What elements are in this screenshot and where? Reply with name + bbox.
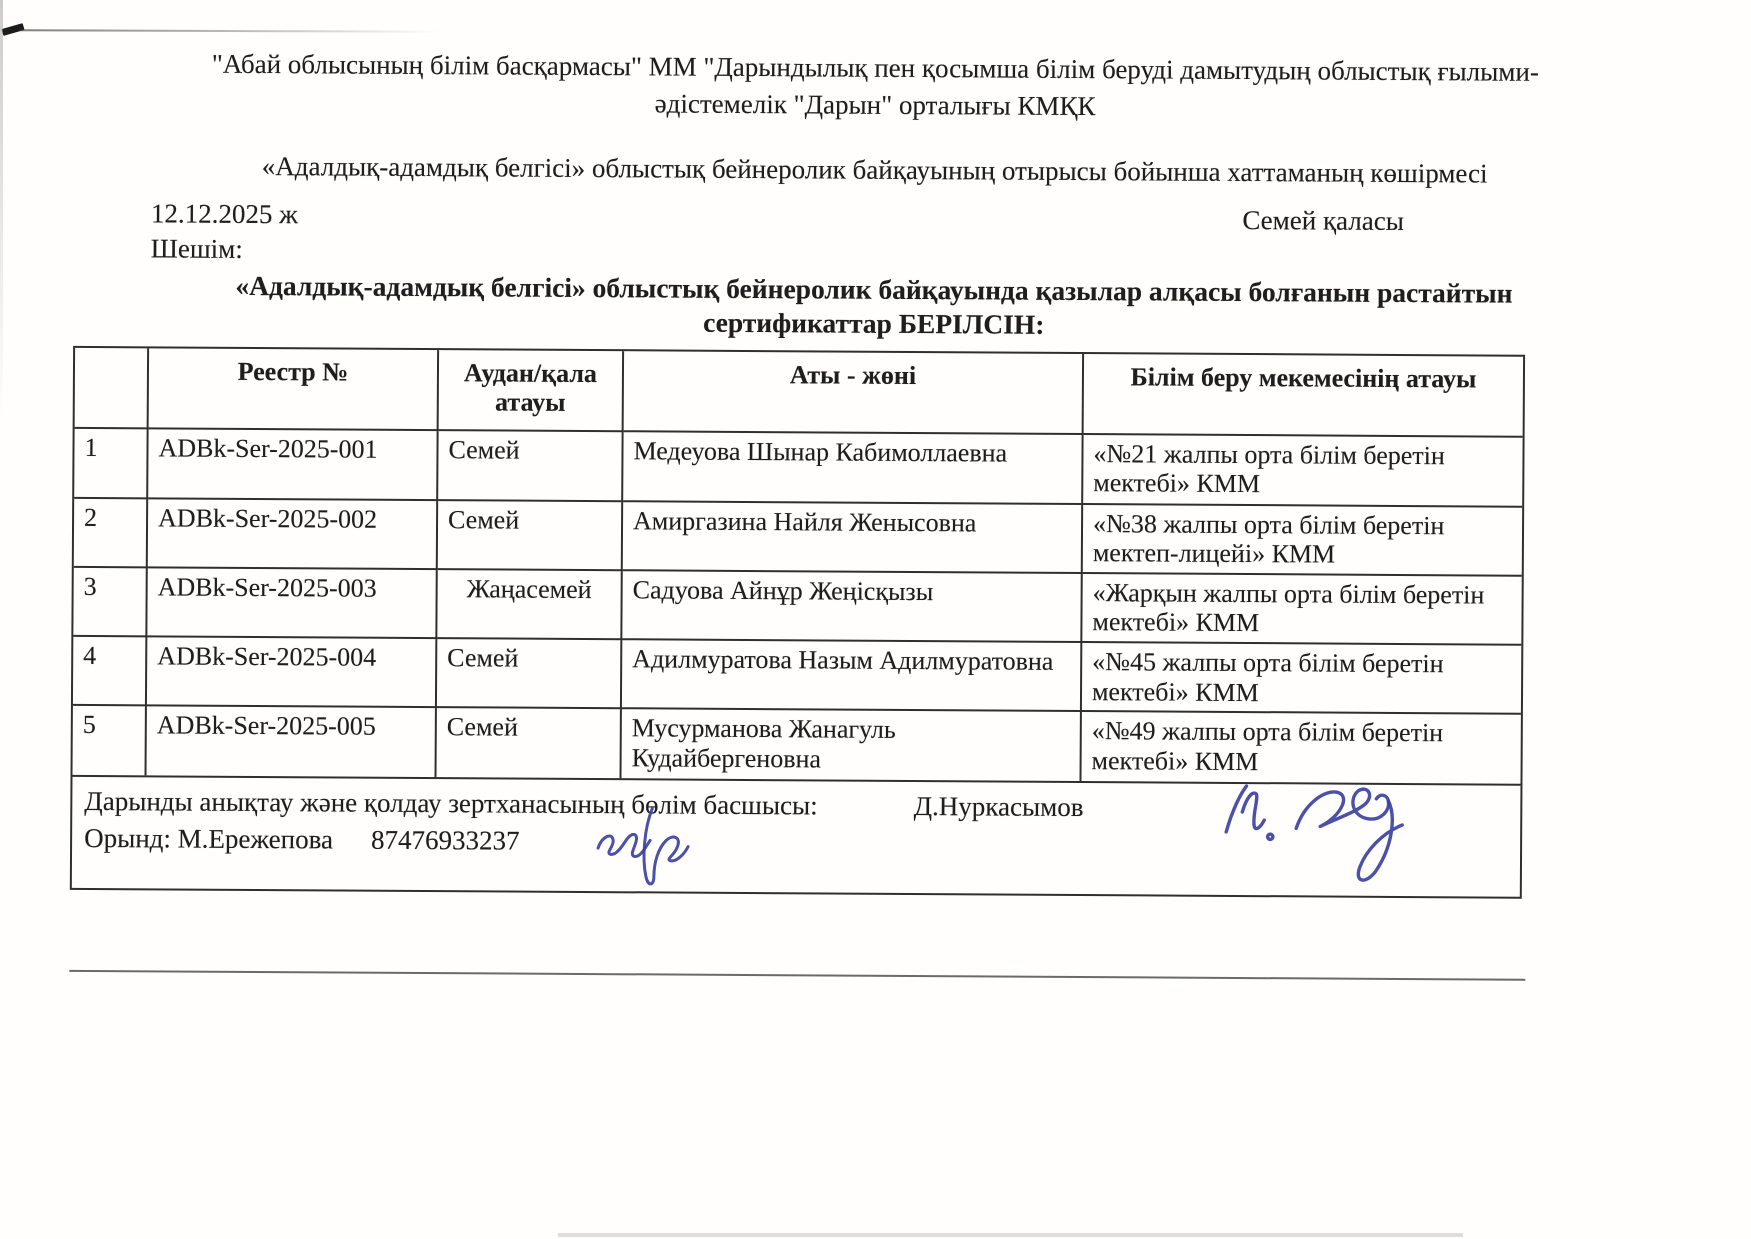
cell-registry: ADBk-Ser-2025-004 [146, 636, 436, 707]
cell-registry: ADBk-Ser-2025-001 [147, 428, 437, 500]
header-name: Аты - жөні [623, 351, 1083, 434]
header-organization: Білім беру мекемесінің атауы [1083, 354, 1523, 437]
cell-district: Семей [437, 500, 622, 570]
cell-name: Адилмуратова Назым Адилмуратовна [621, 639, 1081, 711]
cell-registry: ADBk-Ser-2025-005 [146, 706, 436, 778]
cell-district: Жаңасемей [436, 569, 621, 639]
table-row: 3 ADBk-Ser-2025-003 Жаңасемей Садуова Ай… [73, 567, 1521, 645]
header-registry: Реестр № [148, 348, 438, 430]
scan-artifact-bottom-smudge [558, 1233, 1463, 1237]
protocol-subtitle: «Адалдық-адамдық белгісі» облыстық бейне… [135, 151, 1615, 191]
head-title-label: Дарынды анықтау және қолдау зертханасыны… [84, 786, 818, 820]
cell-district: Семей [435, 707, 620, 778]
cell-num: 1 [74, 427, 147, 497]
cell-num: 2 [74, 497, 147, 567]
decision-label: Шешім: [151, 234, 1750, 275]
cell-name: Садуова Айнұр Жеңісқызы [621, 570, 1081, 642]
cell-organization: «№45 жалпы орта білім беретін мектебі» К… [1081, 642, 1521, 714]
head-name: Д.Нуркасымов [914, 791, 1084, 822]
header-num [75, 347, 148, 427]
organization-header: "Абай облысының білім басқармасы" ММ "Да… [200, 46, 1550, 128]
table-header-row: Реестр № Аудан/қала атауы Аты - жөні Біл… [75, 347, 1523, 436]
executor-line: Орынд: М.Ережепова87476933237 [84, 822, 1508, 863]
bottom-horizontal-rule [69, 970, 1525, 981]
scanned-protocol-document: "Абай облысының білім басқармасы" ММ "Да… [0, 0, 1751, 1239]
cell-num: 5 [73, 705, 146, 775]
cell-num: 3 [73, 567, 146, 637]
executor-label: Орынд: М.Ережепова [84, 823, 333, 855]
cell-organization: «№49 жалпы орта білім беретін мектебі» К… [1080, 711, 1520, 784]
signature-block: Дарынды анықтау және қолдау зертханасыны… [72, 775, 1521, 897]
cell-district: Семей [437, 430, 622, 501]
certificate-table: Реестр № Аудан/қала атауы Аты - жөні Біл… [73, 347, 1524, 784]
cell-organization: «№38 жалпы орта білім беретін мектеп-лиц… [1082, 504, 1522, 576]
document-city: Семей қаласы [1242, 205, 1404, 237]
table-row: 2 ADBk-Ser-2025-002 Семей Амиргазина Най… [74, 497, 1522, 575]
cell-registry: ADBk-Ser-2025-003 [146, 567, 436, 638]
cell-name: Амиргазина Найля Женысовна [622, 501, 1082, 573]
head-signature-line: Дарынды анықтау және қолдау зертханасыны… [84, 785, 1508, 826]
cell-registry: ADBk-Ser-2025-002 [147, 498, 437, 569]
cell-name: Медеуова Шынар Кабимоллаевна [622, 431, 1082, 504]
document-content: "Абай облысының білім басқармасы" ММ "Да… [0, 0, 1751, 982]
document-date: 12.12.2025 ж [151, 199, 298, 231]
table-row: 5 ADBk-Ser-2025-005 Семей Мусурманова Жа… [73, 705, 1521, 784]
cell-name: Мусурманова Жанагуль Кудайбергеновна [620, 708, 1080, 781]
table-row: 1 ADBk-Ser-2025-001 Семей Медеуова Шынар… [74, 427, 1522, 506]
header-district: Аудан/қала атауы [438, 350, 623, 431]
decision-title: «Адалдық-адамдық белгісі» облыстық бейне… [124, 269, 1624, 345]
cell-organization: «Жарқын жалпы орта білім беретін мектебі… [1081, 573, 1521, 645]
executor-phone: 87476933237 [371, 824, 520, 855]
table-row: 4 ADBk-Ser-2025-004 Семей Адилмуратова Н… [73, 636, 1521, 714]
cell-organization: «№21 жалпы орта білім беретін мектебі» К… [1082, 434, 1522, 507]
certificate-table-box: Реестр № Аудан/қала атауы Аты - жөні Біл… [70, 345, 1525, 898]
date-city-row: 12.12.2025 ж Семей қаласы [151, 199, 1404, 238]
cell-num: 4 [73, 636, 146, 706]
cell-district: Семей [436, 638, 621, 708]
